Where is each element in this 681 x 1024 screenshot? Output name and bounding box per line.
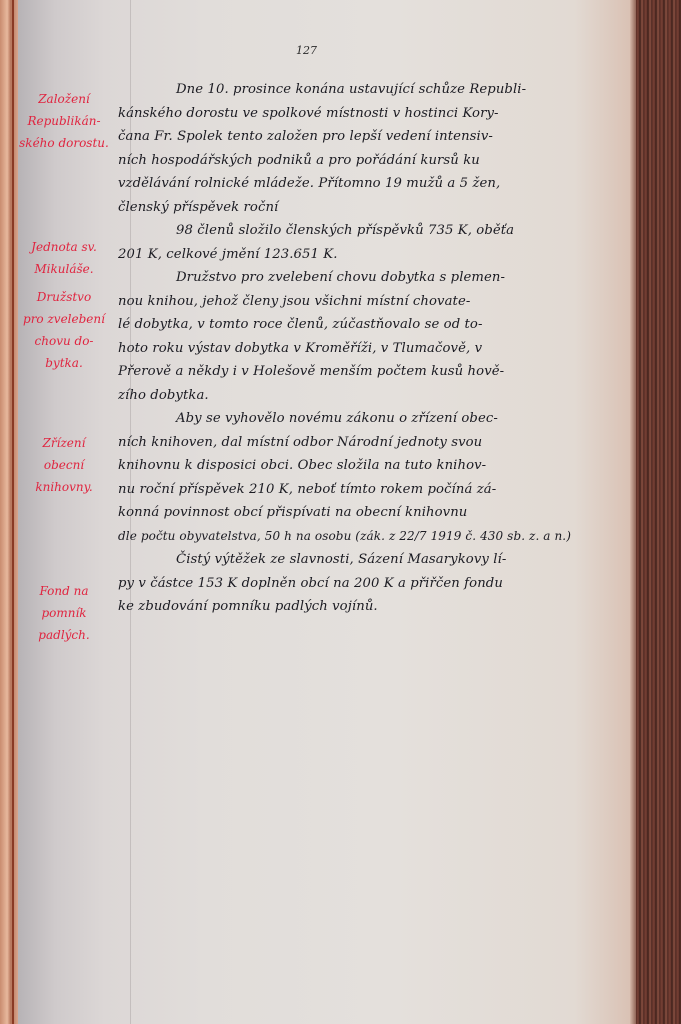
- margin-note-line: Mikuláše.: [14, 258, 114, 280]
- body-line: konná povinnost obcí přispívati na obecn…: [118, 501, 628, 525]
- margin-note-line: Republikán-: [14, 110, 114, 132]
- margin-note-memorial-fund: Fond na pomník padlých.: [14, 580, 114, 646]
- body-line: členský příspěvek roční: [118, 196, 628, 220]
- body-line: Aby se vyhovělo novému zákonu o zřízení …: [118, 407, 628, 431]
- margin-note-line: bytka.: [14, 352, 114, 374]
- body-line: Dne 10. prosince konána ustavující schůz…: [118, 78, 628, 102]
- margin-note-line: obecní: [14, 454, 114, 476]
- margin-note-line: Založení: [14, 88, 114, 110]
- body-line: vzdělávání rolnické mládeže. Přítomno 19…: [118, 172, 628, 196]
- body-line: py v částce 153 K doplněn obcí na 200 K …: [118, 572, 628, 596]
- margin-note-line: chovu do-: [14, 330, 114, 352]
- stacked-page-edges: [636, 0, 681, 1024]
- body-line: Družstvo pro zvelebení chovu dobytka s p…: [118, 266, 628, 290]
- body-line: ke zbudování pomníku padlých vojínů.: [118, 595, 628, 619]
- chronicle-body: Dne 10. prosince konána ustavující schůz…: [118, 78, 628, 619]
- margin-note-line: padlých.: [14, 624, 114, 646]
- body-line: nu roční příspěvek 210 K, neboť tímto ro…: [118, 478, 628, 502]
- body-line: kánského dorostu ve spolkové místnosti v…: [118, 102, 628, 126]
- body-line: ních knihoven, dal místní odbor Národní …: [118, 431, 628, 455]
- margin-note-line: pro zvelebení: [14, 308, 114, 330]
- margin-note-library: Zřízení obecní knihovny.: [14, 432, 114, 498]
- body-line: Čistý výtěžek ze slavnosti, Sázení Masar…: [118, 548, 628, 572]
- margin-note-line: knihovny.: [14, 476, 114, 498]
- margin-note-line: Zřízení: [14, 432, 114, 454]
- body-line: čana Fr. Spolek tento založen pro lepší …: [118, 125, 628, 149]
- margin-note-line: Fond na: [14, 580, 114, 602]
- margin-note-line: ského dorostu.: [14, 132, 114, 154]
- body-line: 98 členů složilo členských příspěvků 735…: [118, 219, 628, 243]
- margin-note-republican-youth: Založení Republikán- ského dorostu.: [14, 88, 114, 154]
- body-line: ních hospodářských podniků a pro pořádán…: [118, 149, 628, 173]
- margin-note-line: Družstvo: [14, 286, 114, 308]
- page-number: 127: [296, 44, 317, 57]
- body-line: dle počtu obyvatelstva, 50 h na osobu (z…: [118, 525, 628, 549]
- body-line: nou knihou, jehož členy jsou všichni mís…: [118, 290, 628, 314]
- margin-note-line: pomník: [14, 602, 114, 624]
- body-line: lé dobytka, v tomto roce členů, zúčastňo…: [118, 313, 628, 337]
- margin-note-cattle-cooperative: Družstvo pro zvelebení chovu do- bytka.: [14, 286, 114, 374]
- body-line: knihovnu k disposici obci. Obec složila …: [118, 454, 628, 478]
- body-line: hoto roku výstav dobytka v Kroměříži, v …: [118, 337, 628, 361]
- body-line: 201 K, celkové jmění 123.651 K.: [118, 243, 628, 267]
- body-line: zího dobytka.: [118, 384, 628, 408]
- body-line: Přerově a někdy i v Holešově menším počt…: [118, 360, 628, 384]
- margin-note-line: Jednota sv.: [14, 236, 114, 258]
- margin-note-st-nicholas-union: Jednota sv. Mikuláše.: [14, 236, 114, 280]
